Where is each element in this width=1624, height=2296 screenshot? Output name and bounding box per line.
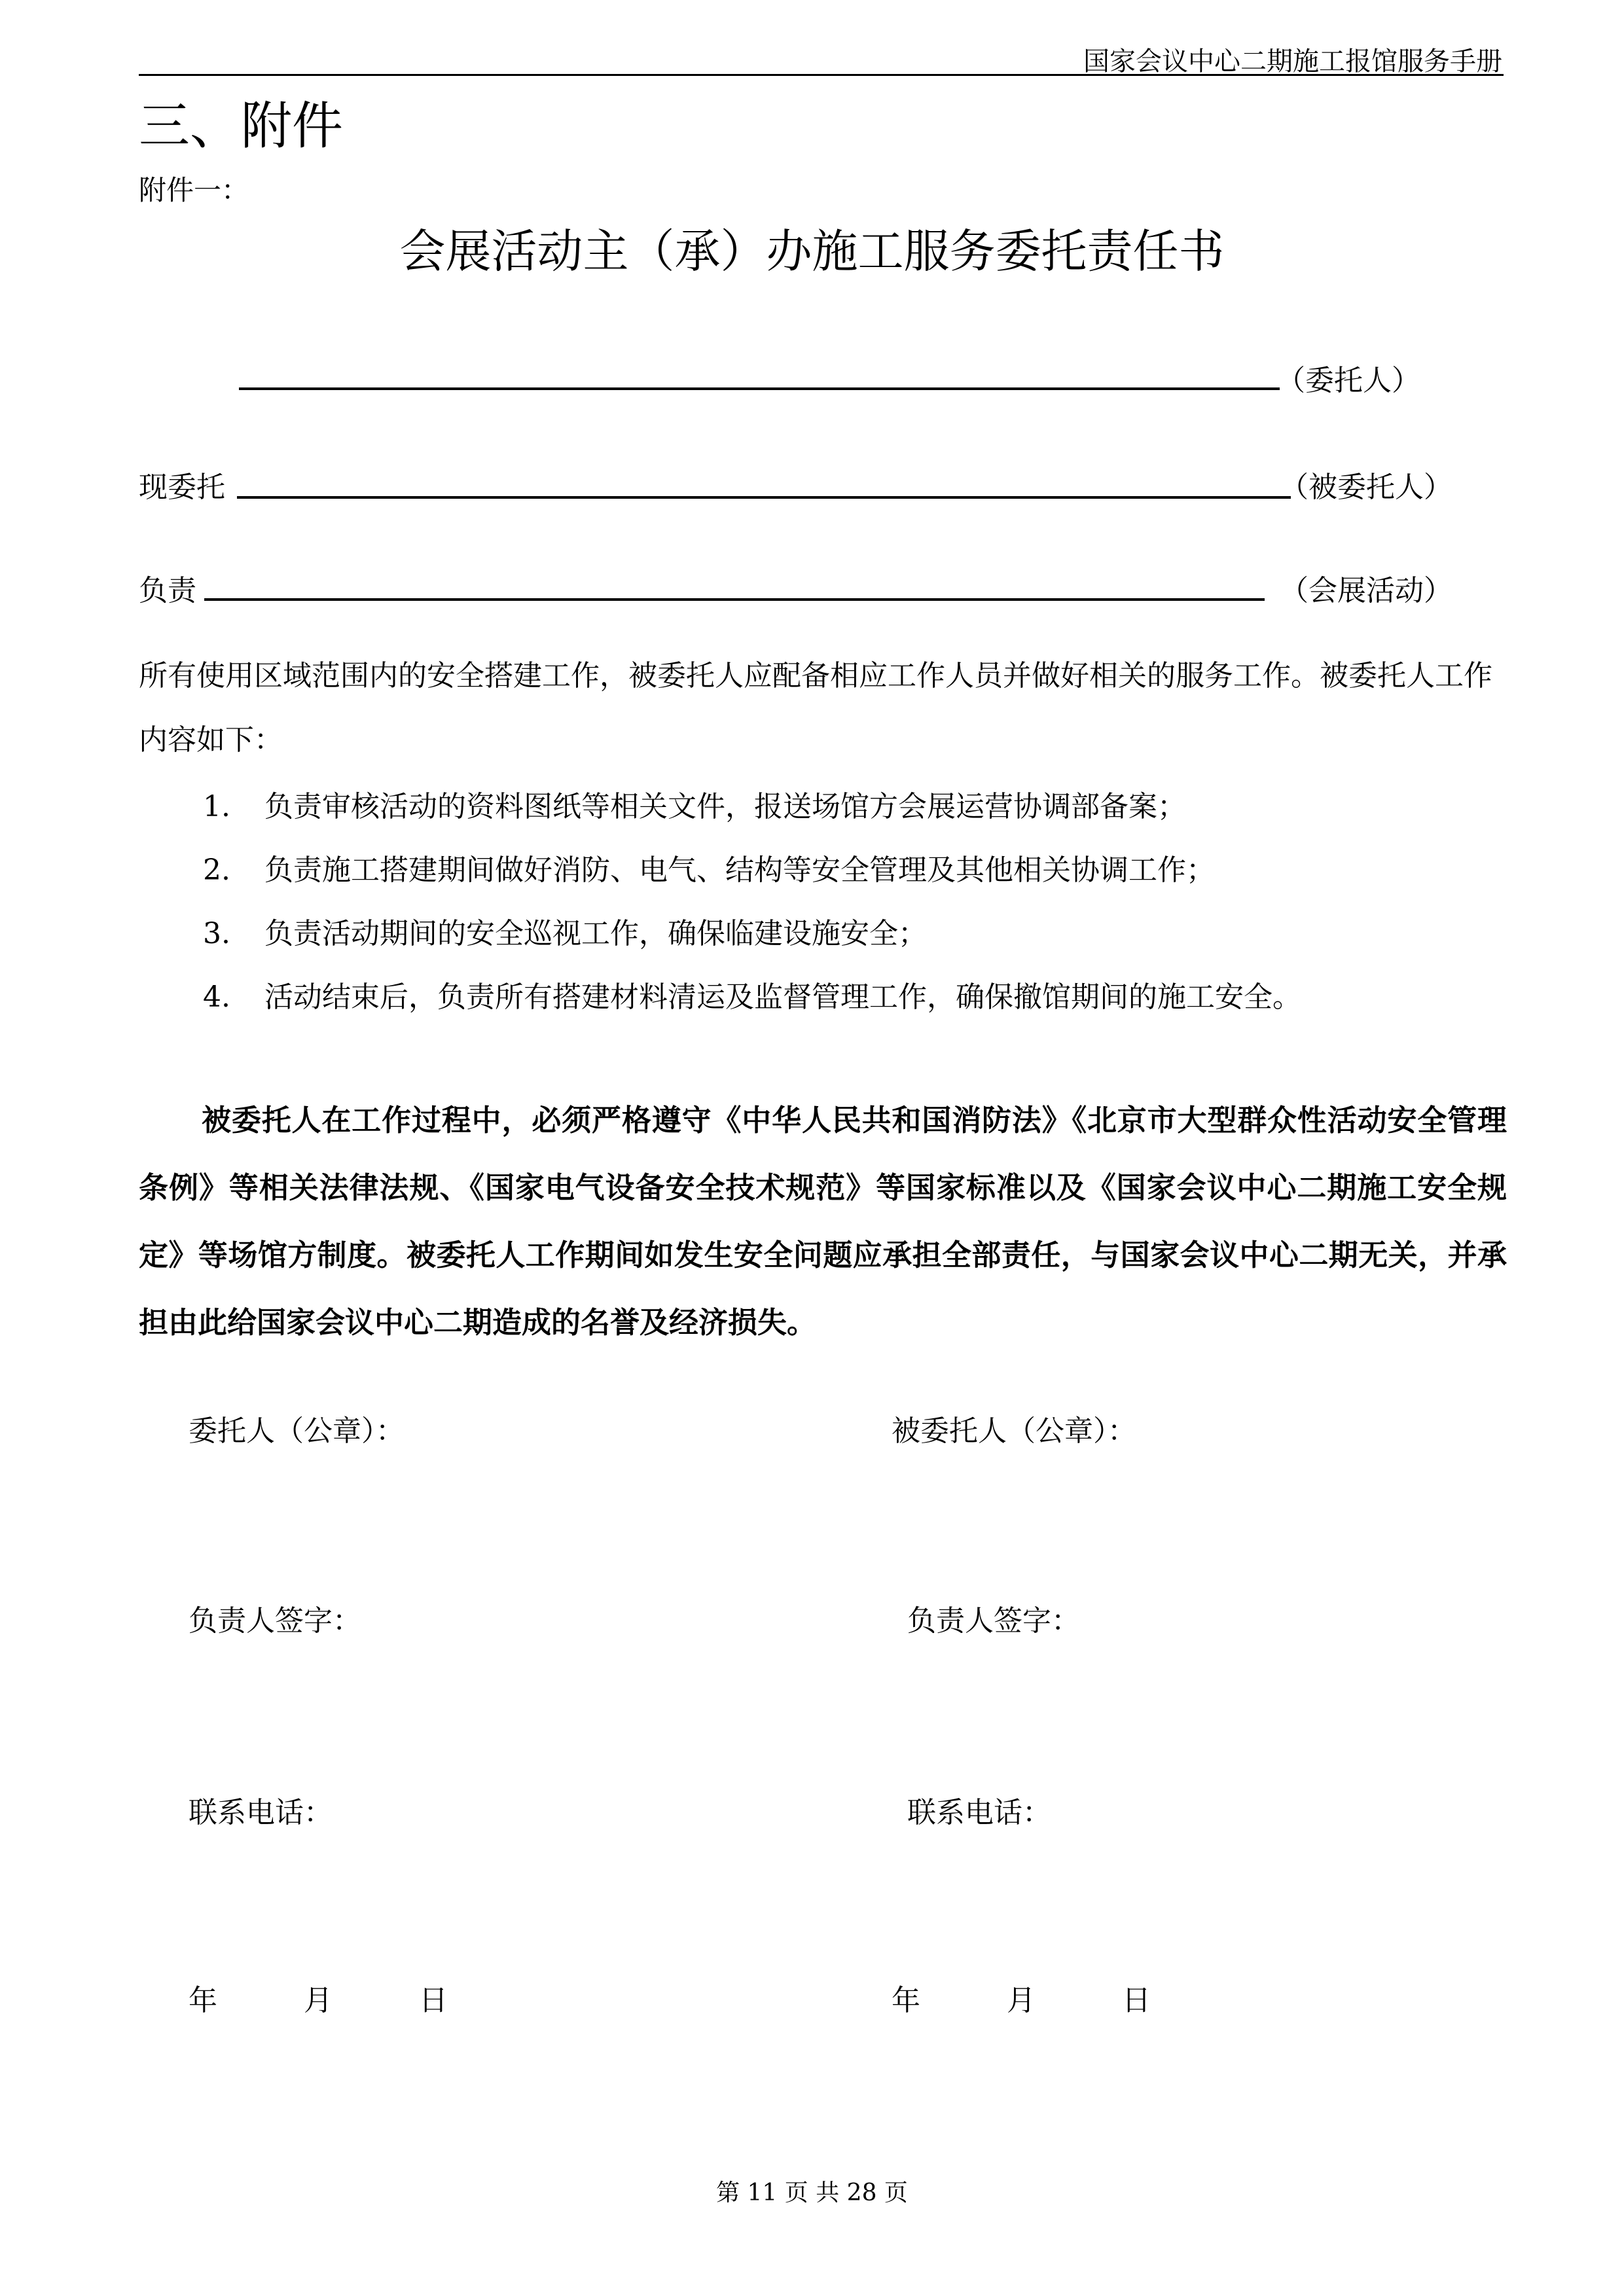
document-title: 会展活动主（承）办施工服务委托责任书 <box>0 215 1624 281</box>
agent-blank-line[interactable] <box>237 496 1291 499</box>
principal-phone-label: 联系电话： <box>189 1789 333 1831</box>
agent-signer-label: 负责人签字： <box>907 1597 1080 1639</box>
date-month: 月 <box>1007 1977 1122 2018</box>
responsibility-paragraph: 被委托人在工作过程中，必须严格遵守《中华人民共和国消防法》《北京市大型群众性活动… <box>139 1086 1507 1356</box>
list-item: 4.活动结束后，负责所有搭建材料清运及监督管理工作，确保撤馆期间的施工安全。 <box>203 973 1301 1015</box>
event-suffix: （会展活动） <box>1280 567 1453 609</box>
event-blank-line[interactable] <box>204 598 1265 601</box>
date-year: 年 <box>189 1977 304 2018</box>
header-divider <box>139 74 1504 76</box>
list-item: 1.负责审核活动的资料图纸等相关文件，报送场馆方会展运营协调部备案； <box>203 783 1186 825</box>
date-day: 日 <box>1122 1977 1151 2018</box>
list-item-text: 负责活动期间的安全巡视工作，确保临建设施安全； <box>264 917 927 950</box>
agent-suffix: （被委托人） <box>1280 463 1453 505</box>
agent-prefix: 现委托 <box>139 463 225 505</box>
attachment-label: 附件一： <box>139 169 249 208</box>
principal-blank-line[interactable] <box>239 387 1280 390</box>
page-number: 第 11 页 共 28 页 <box>0 2174 1624 2208</box>
principal-signer-label: 负责人签字： <box>189 1597 361 1639</box>
list-item-number: 2. <box>203 853 264 887</box>
date-day: 日 <box>419 1977 448 2018</box>
list-item-text: 负责审核活动的资料图纸等相关文件，报送场馆方会展运营协调部备案； <box>264 790 1186 823</box>
date-year: 年 <box>892 1977 1007 2018</box>
agent-phone-label: 联系电话： <box>907 1789 1051 1831</box>
principal-date: 年月日 <box>189 1977 448 2018</box>
principal-suffix: （委托人） <box>1276 357 1420 399</box>
list-item-text: 活动结束后，负责所有搭建材料清运及监督管理工作，确保撤馆期间的施工安全。 <box>264 980 1301 1014</box>
intro-paragraph: 所有使用区域范围内的安全搭建工作，被委托人应配备相应工作人员并做好相关的服务工作… <box>139 644 1507 772</box>
principal-seal-label: 委托人（公章）： <box>189 1407 405 1449</box>
agent-date: 年月日 <box>892 1977 1151 2018</box>
section-title: 三、附件 <box>139 85 343 158</box>
event-prefix: 负责 <box>139 567 196 609</box>
list-item: 2.负责施工搭建期间做好消防、电气、结构等安全管理及其他相关协调工作； <box>203 846 1215 888</box>
date-month: 月 <box>304 1977 419 2018</box>
list-item-number: 3. <box>203 917 264 950</box>
list-item-number: 4. <box>203 980 264 1014</box>
list-item-number: 1. <box>203 790 264 823</box>
list-item: 3.负责活动期间的安全巡视工作，确保临建设施安全； <box>203 910 927 952</box>
running-header-title: 国家会议中心二期施工报馆服务手册 <box>1083 41 1502 78</box>
agent-seal-label: 被委托人（公章）： <box>892 1407 1136 1449</box>
list-item-text: 负责施工搭建期间做好消防、电气、结构等安全管理及其他相关协调工作； <box>264 853 1215 887</box>
